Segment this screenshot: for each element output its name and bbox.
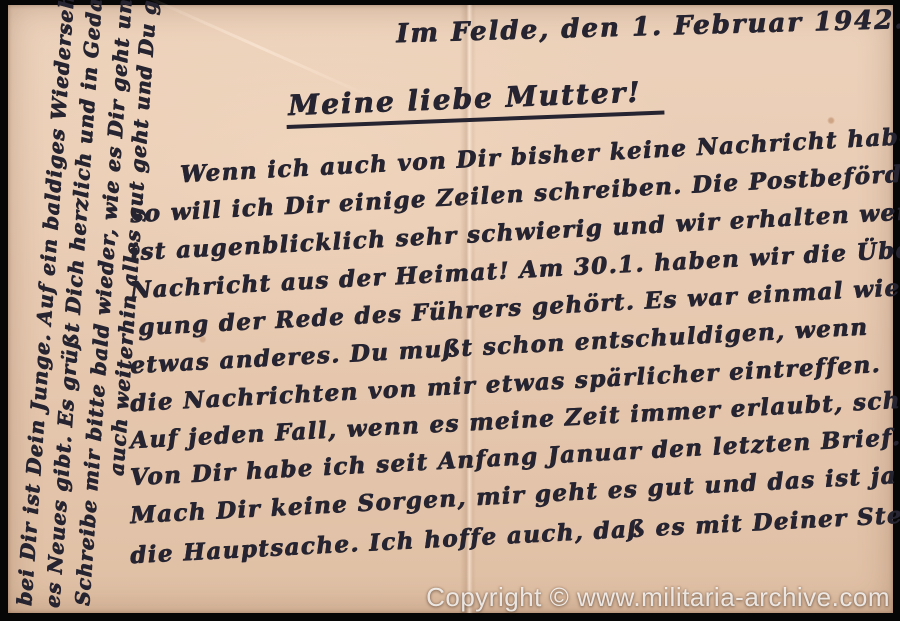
fold-crease-diagonal	[139, 0, 378, 101]
letter-paper: Im Felde, den 1. Februar 1942. Meine lie…	[8, 5, 893, 613]
scanned-letter-photo: Im Felde, den 1. Februar 1942. Meine lie…	[0, 0, 900, 621]
copyright-watermark: Copyright © www.militaria-archive.com	[426, 582, 890, 613]
